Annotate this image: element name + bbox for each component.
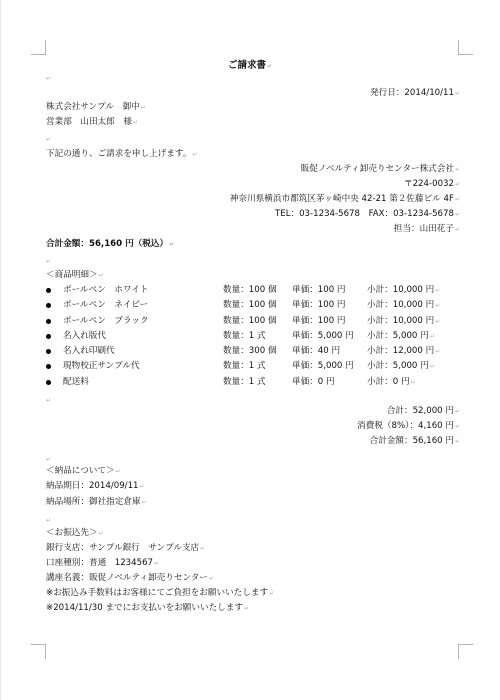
bullet-icon — [46, 288, 51, 293]
empty-paragraph: ↵ — [46, 517, 51, 525]
empty-paragraph: ↵ — [46, 456, 51, 464]
total-amount: 合計金額：56,160 円（税込）↵ — [46, 239, 174, 250]
sender-address: 神奈川県横浜市都筑区茅ヶ崎中央 42-21 第２佐藤ビル 4F↵ — [230, 194, 460, 205]
empty-paragraph: ↵ — [46, 397, 51, 405]
bullet-icon — [46, 334, 51, 339]
empty-paragraph: ↵ — [46, 75, 51, 83]
margin-corner-top-right — [458, 40, 473, 55]
summary-grand-total: 合計金額：56,160 円↵ — [370, 436, 460, 447]
margin-corner-bottom-right — [458, 644, 473, 659]
sender-company: 販促ノベルティ卸売りセンター株式会社↵ — [301, 164, 460, 175]
bullet-icon — [46, 319, 51, 324]
empty-paragraph: ↵ — [46, 258, 51, 266]
issue-date: 発行日：2014/10/11↵ — [370, 88, 460, 99]
sender-contact: TEL：03-1234-5678 FAX：03-1234-5678↵ — [275, 209, 460, 220]
bullet-icon — [46, 303, 51, 308]
delivery-place: 納品場所：御社指定倉庫↵ — [46, 497, 147, 508]
document-title: ご請求書↵ — [0, 57, 500, 71]
payment-note-fee: ※お振込み手数料はお客様にてご負担をお願いいたします↵ — [46, 588, 274, 599]
payment-holder: 講座名義：販促ノベルティ卸売りセンター↵ — [46, 573, 214, 584]
summary-subtotal: 合計：52,000 円↵ — [387, 406, 460, 417]
payment-note-deadline: ※2014/11/30 までにお支払いをお願いいたします↵ — [46, 603, 249, 614]
margin-corner-bottom-left — [31, 644, 46, 659]
bullet-icon — [46, 349, 51, 354]
payment-account: 口座種別：普通 1234567↵ — [46, 558, 159, 569]
payment-bank: 銀行支店：サンプル銀行 サンプル支店↵ — [46, 543, 205, 554]
sender-staff: 担当：山田花子↵ — [394, 224, 460, 235]
payment-heading: ＜お振込先＞↵ — [46, 528, 104, 539]
empty-paragraph: ↵ — [46, 136, 51, 144]
page-edge — [0, 0, 1, 700]
intro-text: 下記の通り、ご請求を申し上げます。↵ — [46, 149, 197, 160]
margin-corner-top-left — [31, 40, 46, 55]
sender-postal: 〒224-0032↵ — [404, 179, 460, 190]
bullet-icon — [46, 380, 51, 385]
recipient-company: 株式会社サンプル 御中↵ — [46, 102, 146, 113]
items-heading: ＜商品明細＞↵ — [46, 270, 104, 281]
delivery-heading: ＜納品について＞↵ — [46, 466, 121, 477]
recipient-person: 営業部 山田太郎 様↵ — [46, 117, 138, 128]
bullet-icon — [46, 364, 51, 369]
delivery-date: 納品期日：2014/09/11↵ — [46, 481, 145, 492]
summary-tax: 消費税（8%）：4,160 円↵ — [357, 421, 460, 432]
